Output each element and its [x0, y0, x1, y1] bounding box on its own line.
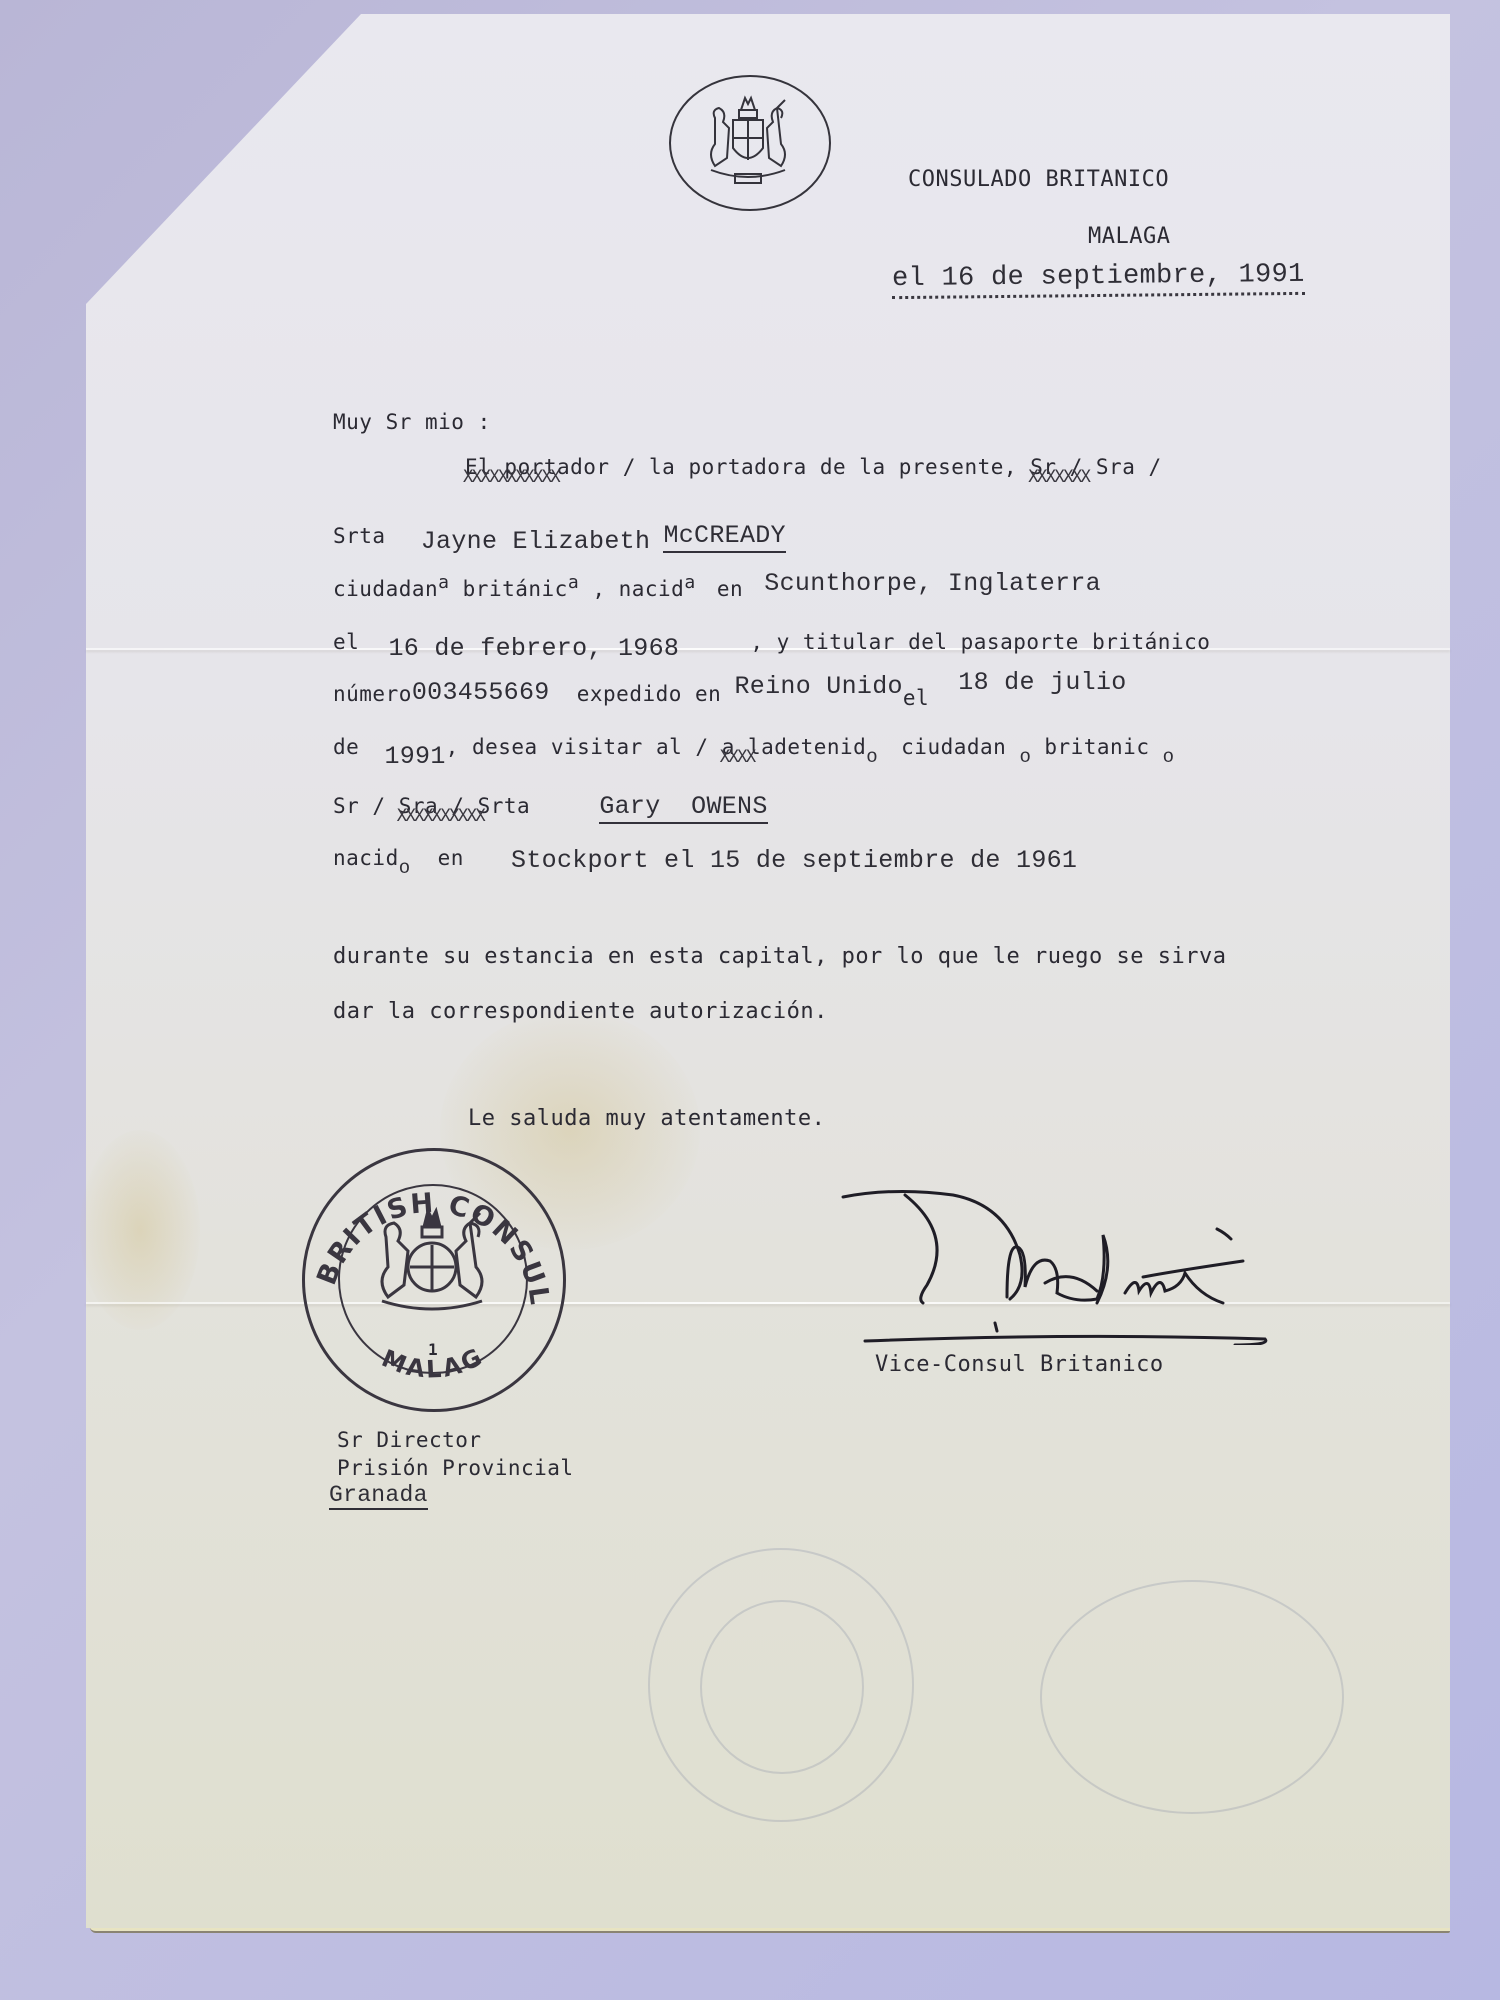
age-stain [80, 1130, 200, 1330]
date-text: el 16 de septiembre, 1991 [892, 260, 1305, 299]
nacid-text: nacid [333, 846, 399, 870]
gender-suffix: o [399, 857, 411, 879]
ciudadan-text: ciudadan [901, 735, 1006, 759]
detainee-title: Sr / [333, 794, 386, 818]
gender-suffix: o [1019, 746, 1031, 768]
body-line-8: nacido en Stockport el 15 de septiembre … [333, 844, 1077, 879]
gender-suffix: a [684, 572, 695, 593]
addressee-line-3: Granada [329, 1482, 428, 1508]
body-line-1: El portadorXXXXXXXXXXX / la portadora de… [465, 455, 1162, 479]
en-text: en [717, 577, 743, 601]
body-line-3: ciudadana británica , nacida en Scunthor… [333, 572, 1101, 604]
passport-issue-date: 18 de julio [958, 668, 1126, 697]
body-line-9: durante su estancia en esta capital, por… [333, 944, 1226, 969]
signature-icon [835, 1175, 1275, 1345]
show-through-stamp [700, 1600, 864, 1774]
detainee-name: Gary OWENS [599, 792, 767, 824]
el-text: el [903, 686, 929, 710]
body-line-2: Srta Jayne Elizabeth McCREADY [333, 522, 786, 551]
passport-issued-in: Reino Unido [734, 672, 902, 701]
ciudadan-text: ciudadan [333, 577, 438, 601]
struck-out-title: Sr / SraXXXXXXX [1030, 455, 1135, 479]
struck-out-article: a laXXXX [722, 735, 775, 759]
gender-suffix: a [438, 572, 449, 593]
expedido-text: expedido en [577, 682, 722, 706]
addressee-line-1: Sr Director [337, 1428, 482, 1452]
slash: / [1149, 455, 1162, 479]
show-through-stamp [1040, 1580, 1344, 1814]
de-text: de [333, 735, 359, 759]
gender-suffix: o [866, 746, 878, 768]
addressee-line-2: Prisión Provincial [337, 1456, 574, 1480]
consulate-city: MALAGA [1088, 224, 1170, 249]
body-line-10: dar la correspondiente autorización. [333, 999, 828, 1024]
stamp-coat-of-arms-icon [362, 1205, 502, 1325]
body-line-7: Sr / Sra / SrtaXXXXXXXXXX Gary OWENS [333, 792, 768, 821]
passport-issue-year: 1991 [384, 742, 445, 771]
coat-of-arms-icon [693, 88, 803, 198]
bearer-birth-date: 16 de febrero, 1968 [388, 634, 679, 663]
detenid-text: detenid [774, 735, 866, 759]
stamp-number: 1 [428, 1340, 438, 1359]
signatory-title: Vice-Consul Britanico [875, 1352, 1164, 1377]
gender-suffix: a [568, 572, 579, 593]
bearer-surname: McCREADY [663, 521, 785, 553]
body-line-4: el 16 de febrero, 1968 , y titular del p… [333, 628, 1210, 657]
struck-out-bearer: El portadorXXXXXXXXXXX [465, 455, 610, 479]
britanic-text: britanic [1044, 735, 1149, 759]
salutation: Muy Sr mio : [333, 410, 491, 434]
passport-number: 003455669 [412, 678, 550, 707]
britanic-text: británic [463, 577, 568, 601]
bearer-text: / la portadora de la presente, [623, 455, 1017, 479]
struck-out-titles: Sra / SrtaXXXXXXXXXX [399, 794, 530, 818]
nacid-text: , nacid [592, 577, 684, 601]
body-line-5: número003455669 expedido en Reino Unidoe… [333, 680, 1127, 709]
passport-holder-text: , y titular del pasaporte británico [750, 630, 1210, 654]
letter-date: el 16 de septiembre, 1991 [892, 260, 1305, 294]
en-text: en [438, 846, 464, 870]
bearer-birthplace: Scunthorpe, Inglaterra [764, 569, 1101, 598]
consulate-name: CONSULADO BRITANICO [908, 167, 1169, 192]
closing: Le saluda muy atentamente. [468, 1106, 825, 1131]
body-line-6: de 1991, desea visitar al / a laXXXXdete… [333, 733, 1174, 768]
bearer-title: Srta [333, 524, 386, 548]
numero-label: número [333, 682, 412, 706]
detainee-birth-details: Stockport el 15 de septiembre de 1961 [511, 846, 1077, 875]
gender-suffix: o [1163, 746, 1175, 768]
visit-request-text: , desea visitar al / [446, 735, 709, 759]
bearer-given-names: Jayne Elizabeth [421, 527, 651, 556]
el-text: el [333, 630, 359, 654]
